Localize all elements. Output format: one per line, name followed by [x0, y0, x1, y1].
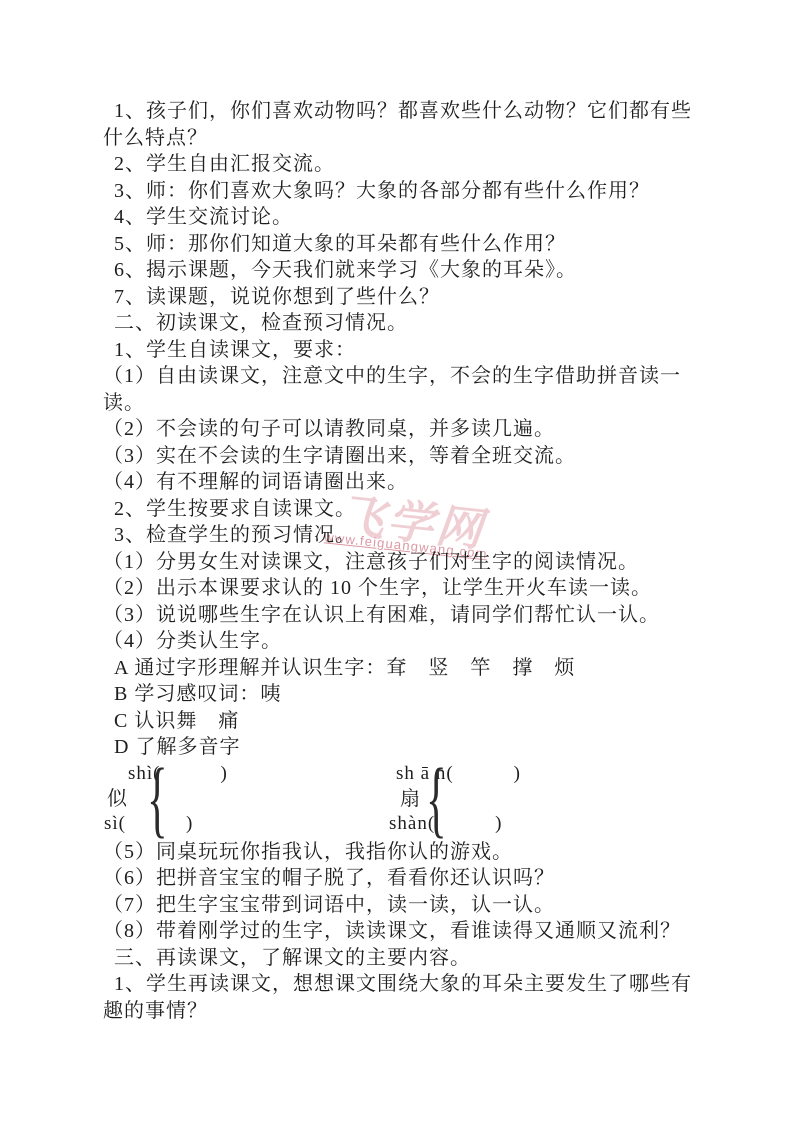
text-line: C 认识舞 痛: [103, 708, 723, 735]
duoyin-block: shì( ) 似 { sì( ) sh ā n( ) 扇 { shàn( ): [103, 761, 723, 839]
text-line: （1）分男女生对读课文，注意孩子们对生字的阅读情况。: [103, 549, 723, 576]
text-line: 1、学生自读课文，要求：: [103, 337, 723, 364]
pinyin-si: sì( ): [104, 811, 193, 837]
text-line: 2、学生自由汇报交流。: [103, 151, 723, 178]
text-line: A 通过字形理解并认识生字：耷 竖 竿 撑 烦: [103, 655, 723, 682]
duoyin-group-shan: sh ā n( ) 扇 { shàn( ): [386, 761, 434, 839]
pinyin-shan4: shàn( ): [389, 811, 502, 837]
text-line: 6、揭示课题，今天我们就来学习《大象的耳朵》。: [103, 257, 723, 284]
text-line: 7、读课题，说说你想到了些什么？: [103, 284, 723, 311]
text-line: 1、孩子们，你们喜欢动物吗？都喜欢些什么动物？它们都有些: [103, 98, 723, 125]
text-line: 4、学生交流讨论。: [103, 204, 723, 231]
text-line: （4）有不理解的词语请圈出来。: [103, 469, 723, 496]
text-block-upper: 1、孩子们，你们喜欢动物吗？都喜欢些什么动物？它们都有些什么特点？2、学生自由汇…: [103, 98, 723, 761]
text-line: 什么特点？: [103, 125, 723, 152]
text-line: 1、学生再读课文，想想课文围绕大象的耳朵主要发生了哪些有: [103, 971, 723, 998]
text-line: （3）说说哪些生字在认识上有困难，请同学们帮忙认一认。: [103, 602, 723, 629]
hanzi-si: 似: [107, 786, 128, 812]
text-line: 二、初读课文，检查预习情况。: [103, 310, 723, 337]
text-line: 3、检查学生的预习情况。: [103, 522, 723, 549]
text-line: （8）带着刚学过的生字，读读课文，看谁读得又通顺又流利？: [103, 918, 723, 945]
duoyin-group-si: shì( ) 似 { sì( ): [103, 761, 151, 839]
text-line: 3、师：你们喜欢大象吗？大象的各部分都有些什么作用？: [103, 178, 723, 205]
text-line: 2、学生按要求自读课文。: [103, 496, 723, 523]
text-line: 趣的事情？: [103, 998, 723, 1025]
text-line: （1）自由读课文，注意文中的生字，不会的生字借助拼音读一: [103, 363, 723, 390]
text-line: （2）出示本课要求认的 10 个生字，让学生开火车读一读。: [103, 575, 723, 602]
text-line: （3）实在不会读的生字请圈出来，等着全班交流。: [103, 443, 723, 470]
text-line: 5、师：那你们知道大象的耳朵都有些什么作用？: [103, 231, 723, 258]
text-line: （2）不会读的句子可以请教同桌，并多读几遍。: [103, 416, 723, 443]
pinyin-shi: shì( ): [128, 761, 228, 787]
text-line: B 学习感叹词：咦: [103, 681, 723, 708]
text-line: 读。: [103, 390, 723, 417]
document-page: 飞学网 www.feiguangwang.com 1、孩子们，你们喜欢动物吗？都…: [0, 0, 793, 1122]
hanzi-shan: 扇: [400, 786, 421, 812]
document-content: 1、孩子们，你们喜欢动物吗？都喜欢些什么动物？它们都有些什么特点？2、学生自由汇…: [103, 98, 723, 1024]
pinyin-shan1: sh ā n( ): [396, 761, 521, 787]
text-line: 三、再读课文，了解课文的主要内容。: [103, 945, 723, 972]
text-line: （4）分类认生字。: [103, 628, 723, 655]
text-line: D 了解多音字: [103, 734, 723, 761]
